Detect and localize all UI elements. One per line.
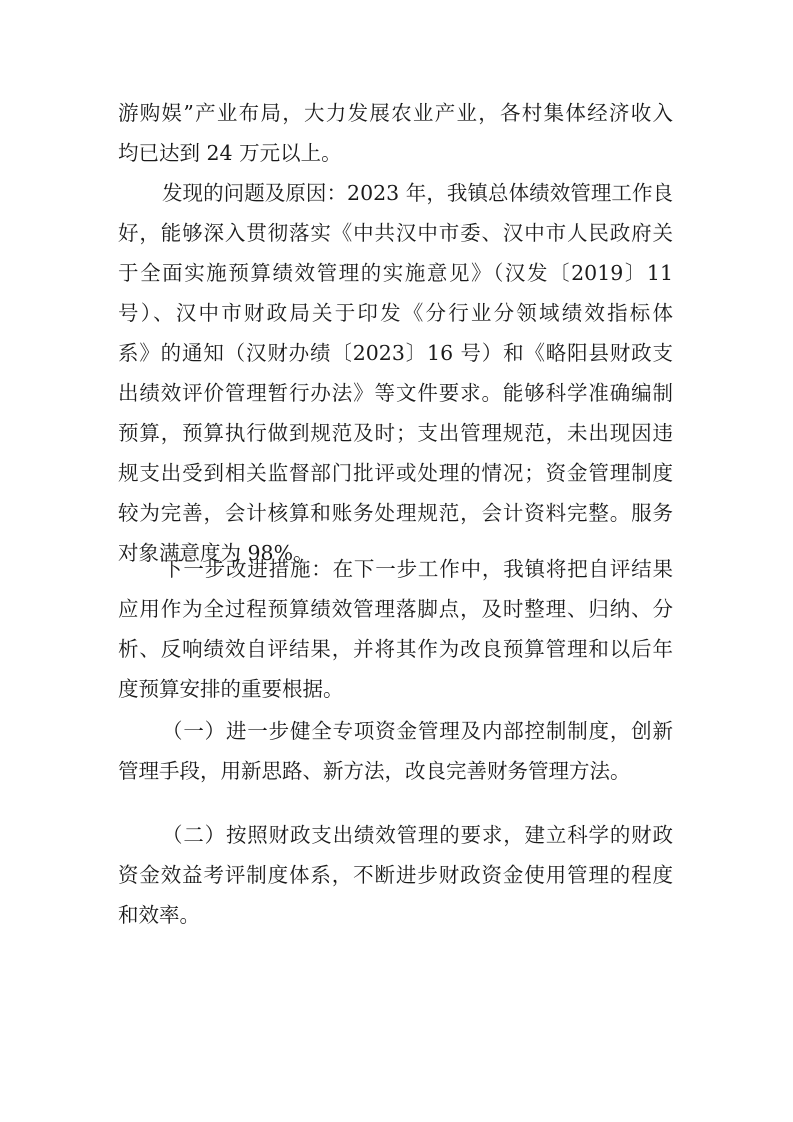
text-line: （一）进一步健全专项资金管理及内部控制制度，创新: [162, 719, 673, 743]
text-line: 号）、汉中市财政局关于印发《分行业分领域绩效指标体: [118, 301, 673, 325]
text-line: 度预算安排的重要根据。: [118, 677, 344, 701]
text-line: 管理手段，用新思路、新方法，改良完善财务管理方法。: [118, 759, 631, 783]
text-line: 均已达到 24 万元以上。: [118, 141, 342, 165]
text-line: 应用作为全过程预算绩效管理落脚点，及时整理、归纳、分: [118, 597, 673, 621]
text-line: 发现的问题及原因：2023 年，我镇总体绩效管理工作良: [162, 181, 673, 205]
text-line: 游购娱”产业布局，大力发展农业产业，各村集体经济收入: [118, 101, 673, 125]
text-line: 资金效益考评制度体系，不断进步财政资金使用管理的程度: [118, 863, 673, 887]
text-line: 预算，预算执行做到规范及时；支出管理规范，未出现因违: [118, 421, 673, 445]
text-line: 好，能够深入贯彻落实《中共汉中市委、汉中市人民政府关: [118, 221, 673, 245]
text-line: 较为完善，会计核算和账务处理规范，会计资料完整。服务: [118, 501, 673, 525]
text-line: 规支出受到相关监督部门批评或处理的情况；资金管理制度: [118, 461, 673, 485]
text-line: 和效率。: [118, 903, 200, 927]
text-line: 系》的通知（汉财办绩〔2023〕16 号）和《略阳县财政支: [118, 341, 673, 365]
text-line: 下一步改进措施：在下一步工作中，我镇将把自评结果: [162, 557, 673, 581]
text-line: 析、反响绩效自评结果，并将其作为改良预算管理和以后年: [118, 637, 673, 661]
text-line: 出绩效评价管理暂行办法》等文件要求。能够科学准确编制: [118, 381, 673, 405]
text-line: （二）按照财政支出绩效管理的要求，建立科学的财政: [162, 823, 673, 847]
text-line: 于全面实施预算绩效管理的实施意见》（汉发〔2019〕11: [118, 261, 673, 285]
